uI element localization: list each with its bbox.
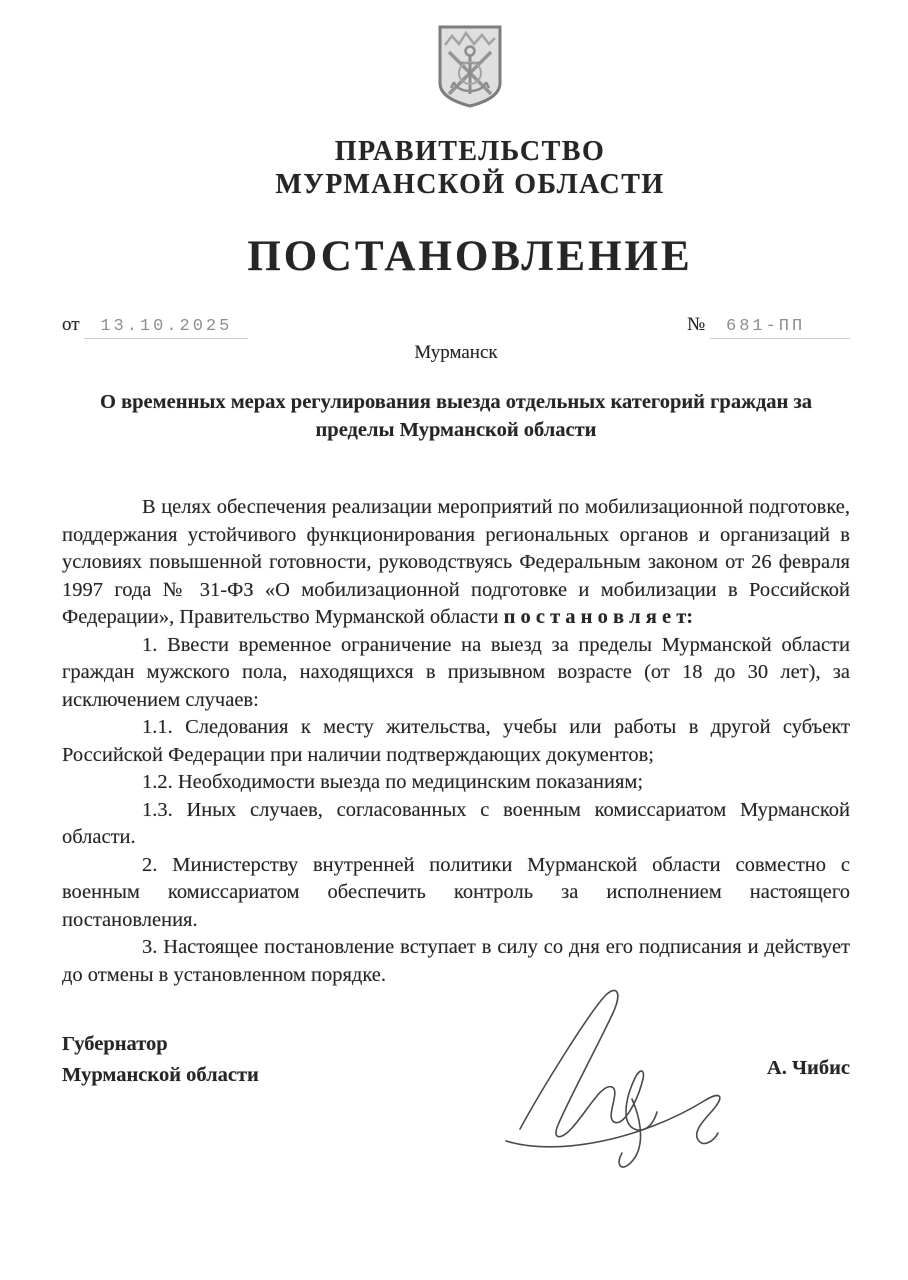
body-item-1: 1. Ввести временное ограничение на выезд… [62, 632, 850, 715]
signer-title-line2: Мурманской области [62, 1060, 259, 1091]
body-item-2: 2. Министерству внутренней политики Мурм… [62, 852, 850, 935]
body-item-3: 3. Настоящее постановление вступает в си… [62, 934, 850, 989]
document-body: В целях обеспечения реализации мероприят… [62, 494, 850, 989]
coat-of-arms-icon [434, 97, 506, 114]
document-type-title: ПОСТАНОВЛЕНИЕ [76, 232, 864, 281]
org-name: ПРАВИТЕЛЬСТВО МУРМАНСКОЙ ОБЛАСТИ [76, 135, 864, 201]
emblem-container [76, 22, 864, 115]
date-group: от 13.10.2025 [62, 314, 248, 339]
signer-title: Губернатор Мурманской области [62, 1029, 259, 1091]
signer-title-line1: Губернатор [62, 1029, 259, 1060]
number-label: № [687, 314, 705, 335]
body-item-1-2: 1.2. Необходимости выезда по медицинским… [62, 769, 850, 797]
city-line: Мурманск [62, 342, 850, 364]
preamble-paragraph: В целях обеспечения реализации мероприят… [62, 494, 850, 632]
org-name-line2: МУРМАНСКОЙ ОБЛАСТИ [76, 168, 864, 201]
scanned-document-page: ПРАВИТЕЛЬСТВО МУРМАНСКОЙ ОБЛАСТИ ПОСТАНО… [0, 0, 908, 1280]
date-label: от [62, 314, 80, 335]
signature-icon [492, 981, 742, 1176]
org-name-line1: ПРАВИТЕЛЬСТВО [76, 135, 864, 168]
document-header: ПРАВИТЕЛЬСТВО МУРМАНСКОЙ ОБЛАСТИ ПОСТАНО… [76, 22, 864, 281]
number-value: 681-ПП [710, 317, 850, 339]
document-subject: О временных мерах регулирования выезда о… [62, 388, 850, 444]
body-item-1-1: 1.1. Следования к месту жительства, учеб… [62, 714, 850, 769]
signer-name: А. Чибис [767, 1029, 850, 1091]
number-group: № 681-ПП [687, 314, 850, 339]
document-content: ПРАВИТЕЛЬСТВО МУРМАНСКОЙ ОБЛАСТИ ПОСТАНО… [0, 0, 908, 1091]
body-item-1-3: 1.3. Иных случаев, согласованных с военн… [62, 797, 850, 852]
date-number-row: от 13.10.2025 № 681-ПП [62, 314, 850, 339]
resolve-word: п о с т а н о в л я е т: [504, 606, 694, 628]
date-value: 13.10.2025 [84, 317, 248, 339]
signature-block: Губернатор Мурманской области А. Чибис [62, 1029, 850, 1091]
preamble-text: В целях обеспечения реализации мероприят… [62, 496, 850, 628]
